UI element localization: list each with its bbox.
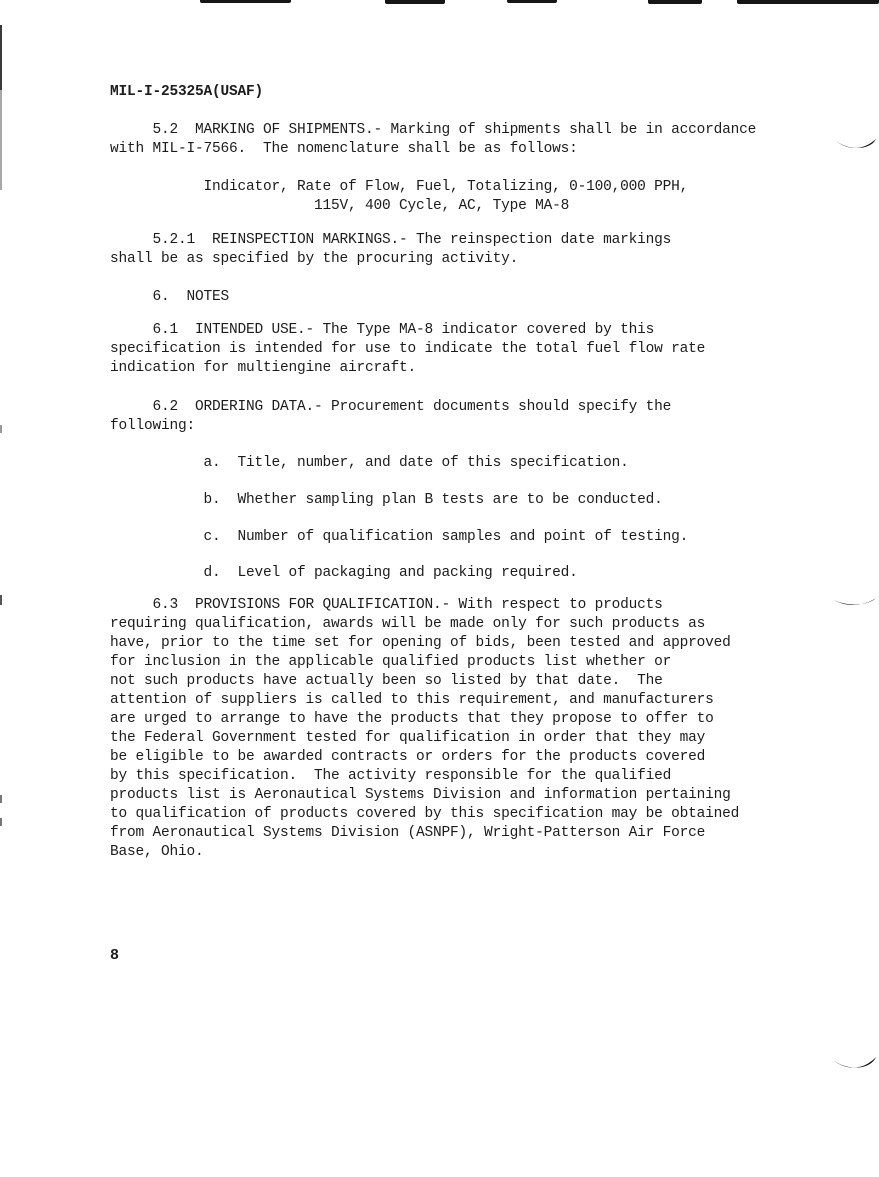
scan-edge-mark (0, 425, 2, 433)
para-6-3: 6.3 PROVISIONS FOR QUALIFICATION.- With … (110, 596, 859, 862)
text-line: with MIL-I-7566. The nomenclature shall … (110, 140, 859, 159)
scan-edge-mark (0, 25, 2, 90)
scan-edge-mark (200, 0, 291, 3)
heading-notes: 6. NOTES (110, 288, 859, 307)
text-line: attention of suppliers is called to this… (110, 691, 859, 710)
text-line: following: (110, 417, 859, 436)
text-line: from Aeronautical Systems Division (ASNP… (110, 824, 859, 843)
text-line: be eligible to be awarded contracts or o… (110, 748, 859, 767)
list-item-a: a. Title, number, and date of this speci… (110, 454, 859, 473)
scan-edge-mark (648, 0, 702, 4)
text-line: 6.3 PROVISIONS FOR QUALIFICATION.- With … (110, 596, 859, 615)
text-line: to qualification of products covered by … (110, 805, 859, 824)
scan-edge-mark (0, 595, 2, 605)
document-id: MIL-I-25325A(USAF) (110, 83, 859, 102)
document-body: 5.2 MARKING OF SHIPMENTS.- Marking of sh… (110, 121, 859, 862)
scan-edge-mark (0, 90, 2, 190)
text-line: have, prior to the time set for opening … (110, 634, 859, 653)
text-line: Indicator, Rate of Flow, Fuel, Totalizin… (110, 178, 859, 197)
scan-edge-mark (737, 0, 879, 4)
text-line: for inclusion in the applicable qualifie… (110, 653, 859, 672)
text-line: c. Number of qualification samples and p… (110, 528, 859, 547)
text-line: 6.2 ORDERING DATA.- Procurement document… (110, 398, 859, 417)
text-line: requiring qualification, awards will be … (110, 615, 859, 634)
text-line: shall be as specified by the procuring a… (110, 250, 859, 269)
text-line: indication for multiengine aircraft. (110, 359, 859, 378)
text-line: d. Level of packaging and packing requir… (110, 564, 859, 583)
text-line: 5.2.1 REINSPECTION MARKINGS.- The reinsp… (110, 231, 859, 250)
scan-edge-mark (0, 795, 2, 803)
scan-edge-mark (0, 818, 2, 826)
text-line: 6.1 INTENDED USE.- The Type MA-8 indicat… (110, 321, 859, 340)
text-line: are urged to arrange to have the product… (110, 710, 859, 729)
text-line: a. Title, number, and date of this speci… (110, 454, 859, 473)
text-line: the Federal Government tested for qualif… (110, 729, 859, 748)
text-line: products list is Aeronautical Systems Di… (110, 786, 859, 805)
para-5-2: 5.2 MARKING OF SHIPMENTS.- Marking of sh… (110, 121, 859, 159)
text-line: b. Whether sampling plan B tests are to … (110, 491, 859, 510)
text-line: by this specification. The activity resp… (110, 767, 859, 786)
text-line: 6. NOTES (110, 288, 859, 307)
page-number: 8 (110, 946, 119, 965)
para-6-2: 6.2 ORDERING DATA.- Procurement document… (110, 398, 859, 436)
para-6-1: 6.1 INTENDED USE.- The Type MA-8 indicat… (110, 321, 859, 378)
text-line: not such products have actually been so … (110, 672, 859, 691)
scan-edge-mark (385, 0, 445, 4)
text-line: 115V, 400 Cycle, AC, Type MA-8 (110, 197, 859, 216)
para-5-2-1: 5.2.1 REINSPECTION MARKINGS.- The reinsp… (110, 231, 859, 269)
document-page: MIL-I-25325A(USAF) 5.2 MARKING OF SHIPME… (0, 0, 879, 1177)
text-line: specification is intended for use to ind… (110, 340, 859, 359)
binding-crescent-mark (830, 1051, 877, 1079)
text-line: 5.2 MARKING OF SHIPMENTS.- Marking of sh… (110, 121, 859, 140)
document-id-header: MIL-I-25325A(USAF) (110, 83, 859, 102)
scan-edge-mark (507, 0, 557, 3)
document-content: MIL-I-25325A(USAF) 5.2 MARKING OF SHIPME… (110, 83, 859, 862)
list-item-c: c. Number of qualification samples and p… (110, 528, 859, 547)
nomenclature: Indicator, Rate of Flow, Fuel, Totalizin… (110, 178, 859, 216)
list-item-b: b. Whether sampling plan B tests are to … (110, 491, 859, 510)
list-item-d: d. Level of packaging and packing requir… (110, 564, 859, 583)
text-line: Base, Ohio. (110, 843, 859, 862)
